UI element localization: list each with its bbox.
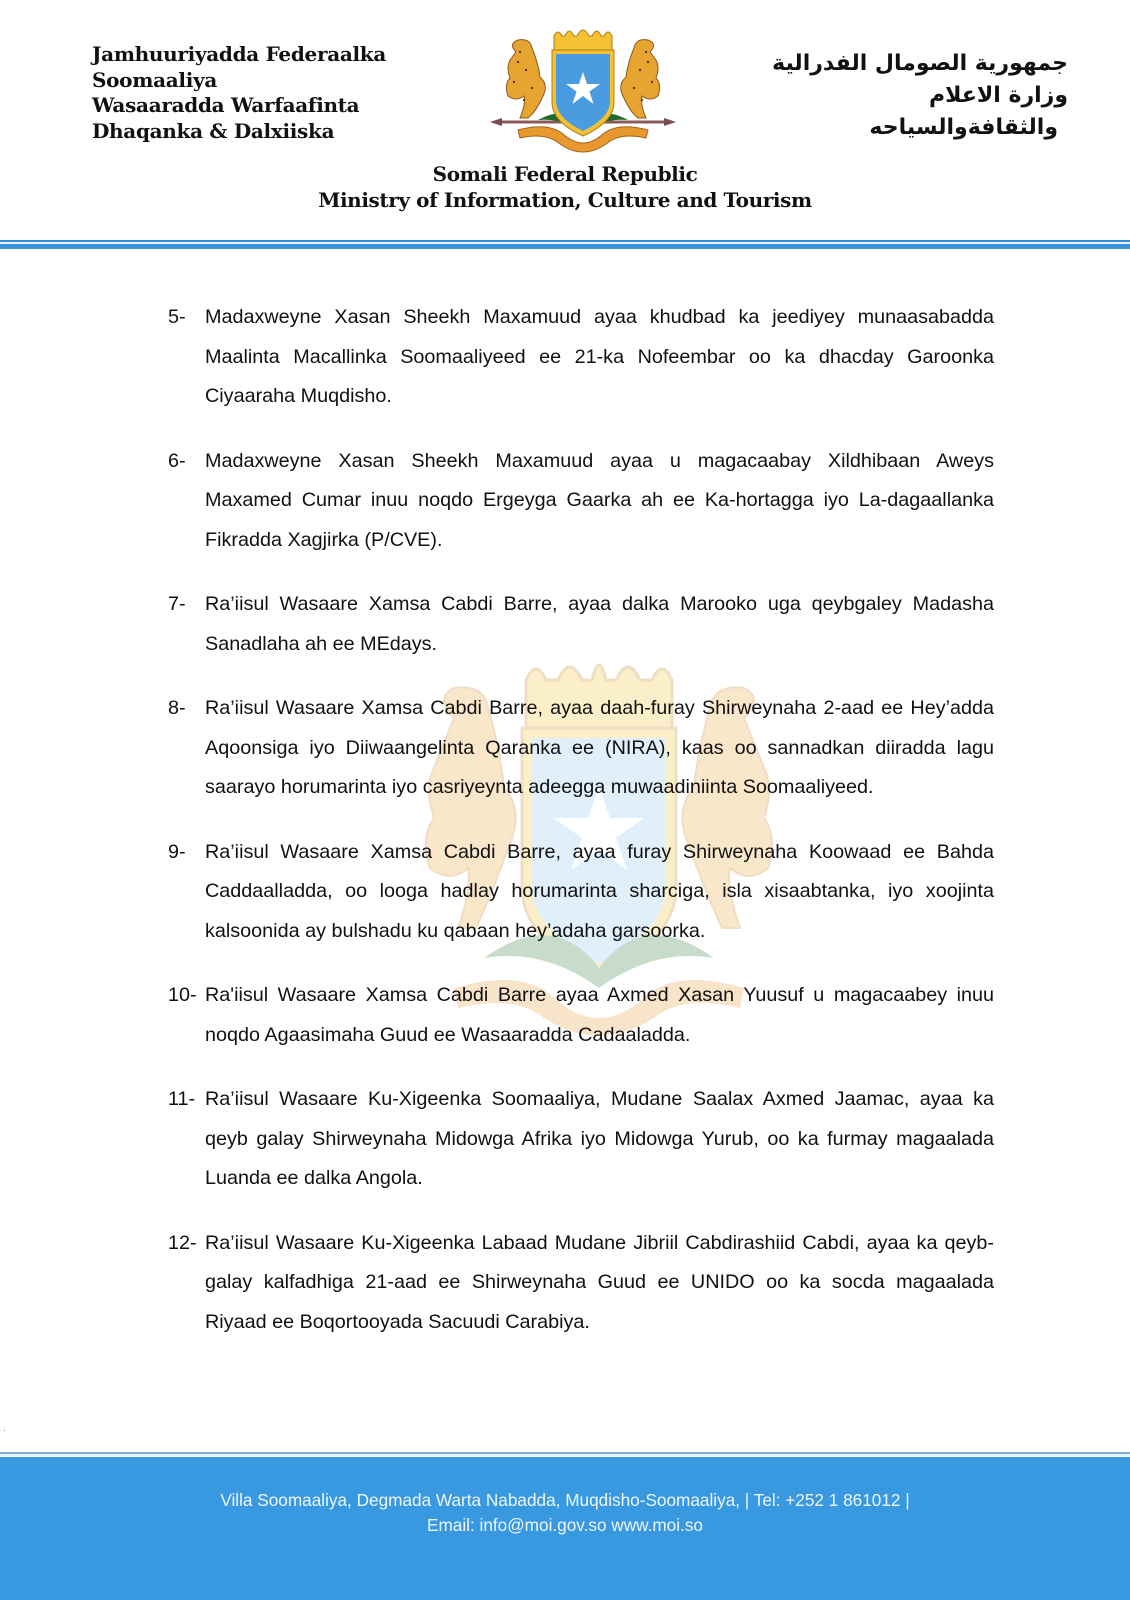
- item-number: 11-: [168, 1080, 205, 1199]
- letterhead-somali-line: Soomaaliya: [92, 68, 386, 94]
- item-text: Ra’iisul Wasaare Ku-Xigeenka Labaad Muda…: [205, 1224, 994, 1343]
- footer-contact: Email: info@moi.gov.so www.moi.so: [0, 1513, 1130, 1538]
- letterhead-somali-line: Jamhuuriyadda Federaalka: [92, 42, 386, 68]
- list-item: 6- Madaxweyne Xasan Sheekh Maxamuud ayaa…: [168, 442, 994, 561]
- stray-mark: .: [3, 1423, 6, 1434]
- letterhead-arabic-line: والثقافةوالسياحه: [772, 112, 1058, 144]
- list-item: 5- Madaxweyne Xasan Sheekh Maxamuud ayaa…: [168, 298, 994, 417]
- letterhead-somali-line: Dhaqanka & Dalxiiska: [92, 119, 386, 145]
- item-number: 7-: [168, 585, 205, 664]
- list-item: 9- Ra’iisul Wasaare Xamsa Cabdi Barre, a…: [168, 833, 994, 952]
- list-item: 7- Ra’iisul Wasaare Xamsa Cabdi Barre, a…: [168, 585, 994, 664]
- news-items-list: 5- Madaxweyne Xasan Sheekh Maxamuud ayaa…: [168, 298, 994, 1367]
- item-number: 8-: [168, 689, 205, 808]
- footer-divider: [0, 1452, 1130, 1456]
- letterhead-english-title: Somali Federal Republic Ministry of Info…: [0, 161, 1130, 213]
- letterhead-somali-line: Wasaaradda Warfaafinta: [92, 93, 386, 119]
- footer: Villa Soomaaliya, Degmada Warta Nabadda,…: [0, 1457, 1130, 1600]
- item-text: Ra’iisul Wasaare Xamsa Cabdi Barre, ayaa…: [205, 585, 994, 664]
- somalia-coat-of-arms-icon: [488, 22, 678, 157]
- list-item: 8- Ra’iisul Wasaare Xamsa Cabdi Barre, a…: [168, 689, 994, 808]
- item-text: Ra’iisul Wasaare Xamsa Cabdi Barre, ayaa…: [205, 833, 994, 952]
- item-text: Madaxweyne Xasan Sheekh Maxamuud ayaa u …: [205, 442, 994, 561]
- header-divider: [0, 240, 1130, 249]
- letterhead-arabic-line: وزارة الاعلام: [772, 80, 1068, 112]
- list-item: 10- Ra'iisul Wasaare Xamsa Cabdi Barre a…: [168, 976, 994, 1055]
- item-text: Ra’iisul Wasaare Xamsa Cabdi Barre, ayaa…: [205, 689, 994, 808]
- letterhead-arabic-line: جمهورية الصومال الفدرالية: [772, 48, 1068, 80]
- item-number: 9-: [168, 833, 205, 952]
- item-text: Ra’iisul Wasaare Ku-Xigeenka Soomaaliya,…: [205, 1080, 994, 1199]
- letterhead-arabic-title: جمهورية الصومال الفدرالية وزارة الاعلام …: [772, 48, 1068, 144]
- item-number: 12-: [168, 1224, 205, 1343]
- item-number: 6-: [168, 442, 205, 561]
- letterhead-english-line: Somali Federal Republic: [0, 161, 1130, 187]
- item-text: Ra'iisul Wasaare Xamsa Cabdi Barre ayaa …: [205, 976, 994, 1055]
- letterhead-english-line: Ministry of Information, Culture and Tou…: [0, 187, 1130, 213]
- list-item: 12- Ra’iisul Wasaare Ku-Xigeenka Labaad …: [168, 1224, 994, 1343]
- item-number: 5-: [168, 298, 205, 417]
- list-item: 11- Ra’iisul Wasaare Ku-Xigeenka Soomaal…: [168, 1080, 994, 1199]
- footer-address: Villa Soomaaliya, Degmada Warta Nabadda,…: [0, 1457, 1130, 1513]
- item-text: Madaxweyne Xasan Sheekh Maxamuud ayaa kh…: [205, 298, 994, 417]
- letterhead-somali-title: Jamhuuriyadda Federaalka Soomaaliya Wasa…: [92, 42, 386, 144]
- item-number: 10-: [168, 976, 205, 1055]
